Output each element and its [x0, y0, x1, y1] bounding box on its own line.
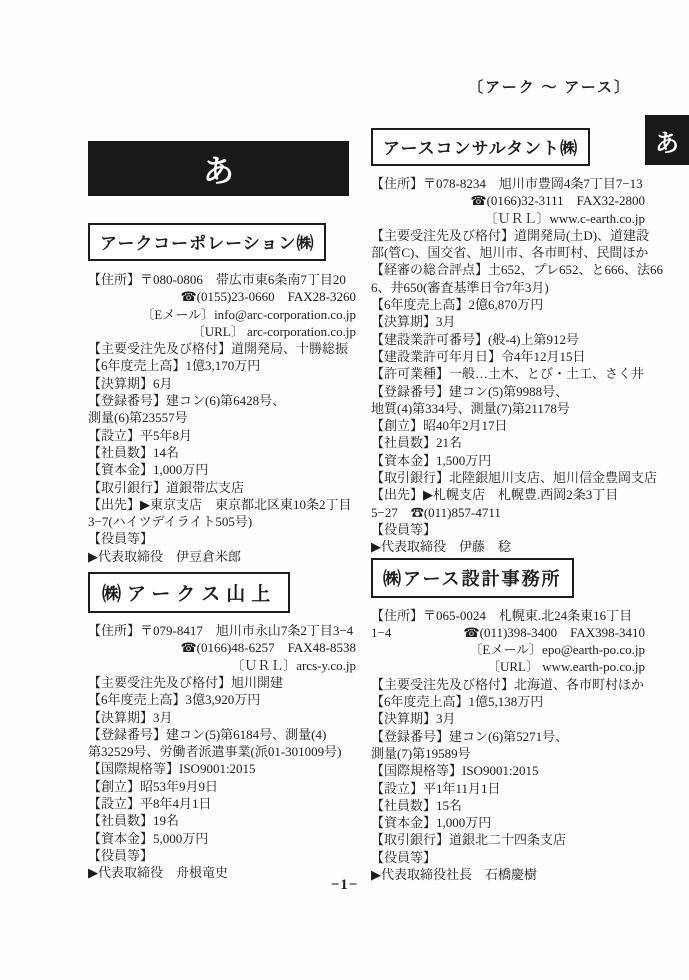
entry-line: 【建設業許可番号】(般-4)上第912号 — [371, 331, 645, 348]
entry-line: 【創立】昭53年9月9日 — [88, 778, 356, 795]
entry-line: 【資本金】1,000万円 — [88, 461, 356, 478]
entry-line: 【住所】〒078-8234 旭川市豊岡4条7丁目7−13 — [371, 175, 645, 192]
entry-line: ☎(0166)32-3111 FAX32-2800 — [371, 192, 645, 209]
entry-line: 【決算期】3月 — [88, 709, 356, 726]
entry-line: 【設立】平5年8月 — [88, 427, 356, 444]
entry-line: 【6年度売上高】1億3,170万円 — [88, 357, 356, 374]
entry-line: 【6年度売上高】2億6,870万円 — [371, 296, 645, 313]
entry-line: 〔ＵＲＬ〕arcs-y.co.jp — [88, 657, 356, 674]
entry-line: 【役員等】 — [88, 530, 356, 547]
entry-line: 【取引銀行】北陸銀旭川支店、旭川信金豊岡支店 — [371, 469, 645, 486]
page-number: −1− — [0, 877, 689, 894]
company-details: 【住所】〒080-0806 帯広市東6条南7丁目20☎(0155)23-0660… — [88, 271, 356, 565]
entry-line: 【出先】▶東京支店 東京都北区東10条2丁目 — [88, 496, 356, 513]
entry-line: 測量(7)第19589号 — [371, 745, 645, 762]
entry-line: 【社員数】19名 — [88, 812, 356, 829]
company-name-box: アークコーポレーション㈱ — [88, 223, 326, 261]
entry-line: 【設立】平8年4月1日 — [88, 795, 356, 812]
side-index-tab-label: あ — [655, 123, 679, 158]
entry-line: 【主要受注先及び格付】旭川開建 — [88, 674, 356, 691]
page-range-header: 〔アーク 〜 アース〕 — [468, 76, 631, 97]
section-index-label: あ — [203, 146, 234, 191]
entry-line: ▶代表取締役 伊豆倉米郎 — [88, 548, 356, 565]
company-name-box: ㈱アークス山上 — [88, 572, 290, 613]
entry-line: 【取引銀行】道銀帯広支店 — [88, 479, 356, 496]
entry-line: 【役員等】 — [88, 847, 356, 864]
entry-line: 【登録番号】建コン(5)第9988号、 — [371, 383, 645, 400]
entry-line: 〔Eメール〕epo@earth-po.co.jp — [371, 641, 645, 658]
entry-line: 【社員数】14名 — [88, 444, 356, 461]
entry-line: 【資本金】1,500万円 — [371, 452, 645, 469]
entry-line: 【6年度売上高】3億3,920万円 — [88, 691, 356, 708]
entry-line: 【主要受注先及び格付】道開発局、十勝総振 — [88, 340, 356, 357]
entry-line: 【決算期】6月 — [88, 375, 356, 392]
directory-page: 〔アーク 〜 アース〕 あ あ アークコーポレーション㈱ 【住所】〒080-08… — [0, 0, 689, 980]
entry-line: 【決算期】3月 — [371, 313, 645, 330]
entry-line: 6、井650(審査基準日令7年3月) — [371, 279, 645, 296]
entry-line: 【経審の総合評点】土652、プレ652、と666、法66 — [371, 261, 645, 278]
entry-line: 〔URL〕 www.earth-po.co.jp — [371, 658, 645, 675]
company-entry: ㈱アース設計事務所 【住所】〒065-0024 札幌東.北24条東16丁目1−4… — [371, 556, 645, 884]
entry-line: ☎(0155)23-0660 FAX28-3260 — [88, 288, 356, 305]
company-name: ㈱アース設計事務所 — [383, 569, 562, 589]
right-column: アースコンサルタント㈱ 【住所】〒078-8234 旭川市豊岡4条7丁目7−13… — [371, 128, 645, 883]
company-name-box: アースコンサルタント㈱ — [371, 128, 590, 166]
entry-line: 【取引銀行】道銀北二十四条支店 — [371, 831, 645, 848]
entry-line: 【登録番号】建コン(6)第5271号、 — [371, 728, 645, 745]
entry-line: 5−27 ☎(011)857-4711 — [371, 504, 645, 521]
entry-line: 【住所】〒065-0024 札幌東.北24条東16丁目 — [371, 607, 645, 624]
entry-line: 【出先】▶札幌支店 札幌豊.西岡2条3丁目 — [371, 486, 645, 503]
entry-line: 【設立】平1年11月1日 — [371, 780, 645, 797]
entry-line: 地質(4)第334号、測量(7)第21178号 — [371, 400, 645, 417]
entry-line: ☎(0166)48-6257 FAX48-8538 — [88, 639, 356, 656]
entry-line: 【国際規格等】ISO9001:2015 — [371, 762, 645, 779]
entry-line: ▶代表取締役 伊藤 稔 — [371, 538, 645, 555]
entry-line: 第32529号、労働者派遣事業(派01-301009号) — [88, 743, 356, 760]
entry-line: 【資本金】1,000万円 — [371, 814, 645, 831]
entry-line: 〔ＵＲＬ〕www.c-earth.co.jp — [371, 210, 645, 227]
entry-line: 【国際規格等】ISO9001:2015 — [88, 760, 356, 777]
company-name-box: ㈱アース設計事務所 — [371, 558, 574, 598]
company-entry: アースコンサルタント㈱ 【住所】〒078-8234 旭川市豊岡4条7丁目7−13… — [371, 128, 645, 556]
entry-line: 【住所】〒080-0806 帯広市東6条南7丁目20 — [88, 271, 356, 288]
entry-line: 【社員数】21名 — [371, 434, 645, 451]
entry-line: 【創立】昭40年2月17日 — [371, 417, 645, 434]
side-index-tab: あ — [645, 115, 689, 165]
entry-line: 【役員等】 — [371, 849, 645, 866]
entry-line: 【社員数】15名 — [371, 797, 645, 814]
company-name: アークコーポレーション㈱ — [100, 234, 314, 253]
entry-line: 【6年度売上高】1億5,138万円 — [371, 693, 645, 710]
section-index-banner: あ — [88, 141, 349, 196]
entry-line: 【主要受注先及び格付】道開発局(土D)、道建設 — [371, 227, 645, 244]
company-name: ㈱アークス山上 — [102, 584, 276, 605]
entry-line-right: ☎(011)398-3400 FAX398-3410 — [463, 624, 645, 641]
company-details: 【住所】〒079-8417 旭川市永山7条2丁目3−4☎(0166)48-625… — [88, 622, 356, 881]
company-entry: ㈱アークス山上 【住所】〒079-8417 旭川市永山7条2丁目3−4☎(016… — [88, 565, 356, 881]
left-column: あ アークコーポレーション㈱ 【住所】〒080-0806 帯広市東6条南7丁目2… — [88, 141, 356, 882]
entry-line: 【主要受注先及び格付】北海道、各市町村ほか — [371, 676, 645, 693]
entry-line: 3−7(ハイツデイライト505号) — [88, 513, 356, 530]
entry-line: 〔URL〕 arc-corporation.co.jp — [88, 323, 356, 340]
company-details: 【住所】〒078-8234 旭川市豊岡4条7丁目7−13☎(0166)32-31… — [371, 175, 645, 556]
entry-line: 【役員等】 — [371, 521, 645, 538]
company-name: アースコンサルタント㈱ — [383, 139, 578, 158]
entry-line: 【決算期】3月 — [371, 710, 645, 727]
entry-line: 【住所】〒079-8417 旭川市永山7条2丁目3−4 — [88, 622, 356, 639]
entry-line: 【資本金】5,000万円 — [88, 830, 356, 847]
entry-line: 【登録番号】建コン(5)第6184号、測量(4) — [88, 726, 356, 743]
entry-line: 〔Eメール〕info@arc-corporation.co.jp — [88, 306, 356, 323]
entry-line: 【登録番号】建コン(6)第6428号、 — [88, 392, 356, 409]
entry-line: 測量(6)第23557号 — [88, 409, 356, 426]
entry-line-left: 1−4 — [371, 624, 391, 641]
entry-line: 部(管C)、国交省、旭川市、各市町村、民間ほか — [371, 244, 645, 261]
entry-line: 1−4☎(011)398-3400 FAX398-3410 — [371, 624, 645, 641]
company-entry: アークコーポレーション㈱ 【住所】〒080-0806 帯広市東6条南7丁目20☎… — [88, 196, 356, 565]
entry-line: 【許可業種】一般…土木、とび・土工、さく井 — [371, 365, 645, 382]
entry-line: 【建設業許可年月日】令4年12月15日 — [371, 348, 645, 365]
company-details: 【住所】〒065-0024 札幌東.北24条東16丁目1−4☎(011)398-… — [371, 607, 645, 884]
